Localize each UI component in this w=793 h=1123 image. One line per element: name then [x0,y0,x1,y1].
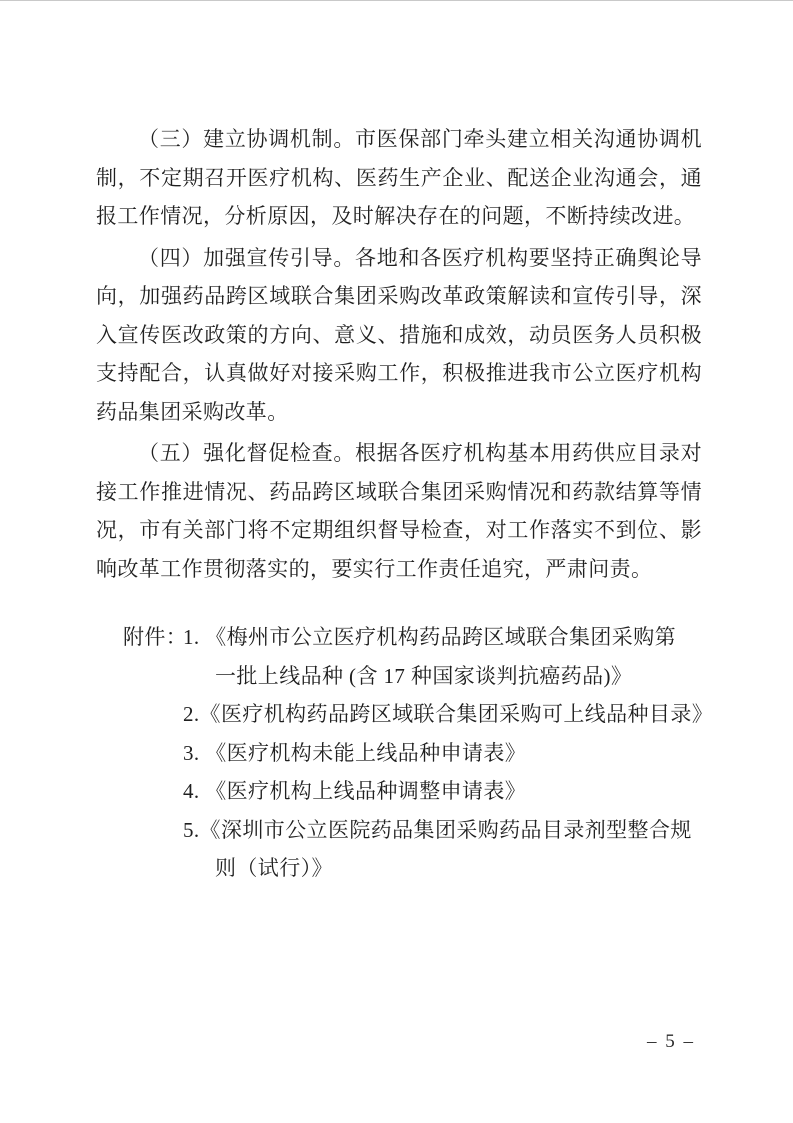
text-line: （三）建立协调机制。市医保部门牵头建立相关沟通协调机 [96,120,702,159]
text-line: （五）强化督促检查。根据各医疗机构基本用药供应目录对 [96,434,702,473]
text-line: 向，加强药品跨区域联合集团采购改革政策解读和宣传引导，深 [96,277,702,316]
document-body: （三）建立协调机制。市医保部门牵头建立相关沟通协调机 制，不定期召开医疗机构、医… [96,120,702,888]
attachment-label: 附件： [123,618,187,657]
attachment-item-3: 3. 《医疗机构未能上线品种申请表》 [183,734,702,773]
text-line: 制，不定期召开医疗机构、医药生产企业、配送企业沟通会，通 [96,159,702,198]
paragraph-4: （四）加强宣传引导。各地和各医疗机构要坚持正确舆论导 向，加强药品跨区域联合集团… [96,239,702,432]
page-number: – 5 – [647,1031,695,1053]
text-line: 报工作情况，分析原因，及时解决存在的问题，不断持续改进。 [96,197,702,236]
attachment-item-5-continuation: 则（试行）》 [215,849,702,888]
paragraph-3: （三）建立协调机制。市医保部门牵头建立相关沟通协调机 制，不定期召开医疗机构、医… [96,120,702,236]
text-line: 接工作推进情况、药品跨区域联合集团采购情况和药款结算等情 [96,473,702,512]
attachment-item-1-continuation: 一批上线品种 (含 17 种国家谈判抗癌药品)》 [215,657,702,696]
attachment-section: 附件： 1. 《梅州市公立医疗机构药品跨区域联合集团采购第 一批上线品种 (含 … [96,618,702,888]
text-line: （四）加强宣传引导。各地和各医疗机构要坚持正确舆论导 [96,239,702,278]
attachment-item-1: 1. 《梅州市公立医疗机构药品跨区域联合集团采购第 [183,618,702,657]
attachment-item-5: 5.《深圳市公立医院药品集团采购药品目录剂型整合规 [183,811,702,850]
text-line: 药品集团采购改革。 [96,393,702,432]
text-line: 况，市有关部门将不定期组织督导检查，对工作落实不到位、影 [96,511,702,550]
attachment-item-4: 4. 《医疗机构上线品种调整申请表》 [183,772,702,811]
text-line: 响改革工作贯彻落实的，要实行工作责任追究，严肃问责。 [96,550,702,589]
paragraph-5: （五）强化督促检查。根据各医疗机构基本用药供应目录对 接工作推进情况、药品跨区域… [96,434,702,588]
text-line: 支持配合，认真做好对接采购工作，积极推进我市公立医疗机构 [96,354,702,393]
document-page: （三）建立协调机制。市医保部门牵头建立相关沟通协调机 制，不定期召开医疗机构、医… [0,0,793,1123]
text-line: 入宣传医改政策的方向、意义、措施和成效，动员医务人员积极 [96,316,702,355]
attachment-item-2: 2.《医疗机构药品跨区域联合集团采购可上线品种目录》 [183,695,702,734]
